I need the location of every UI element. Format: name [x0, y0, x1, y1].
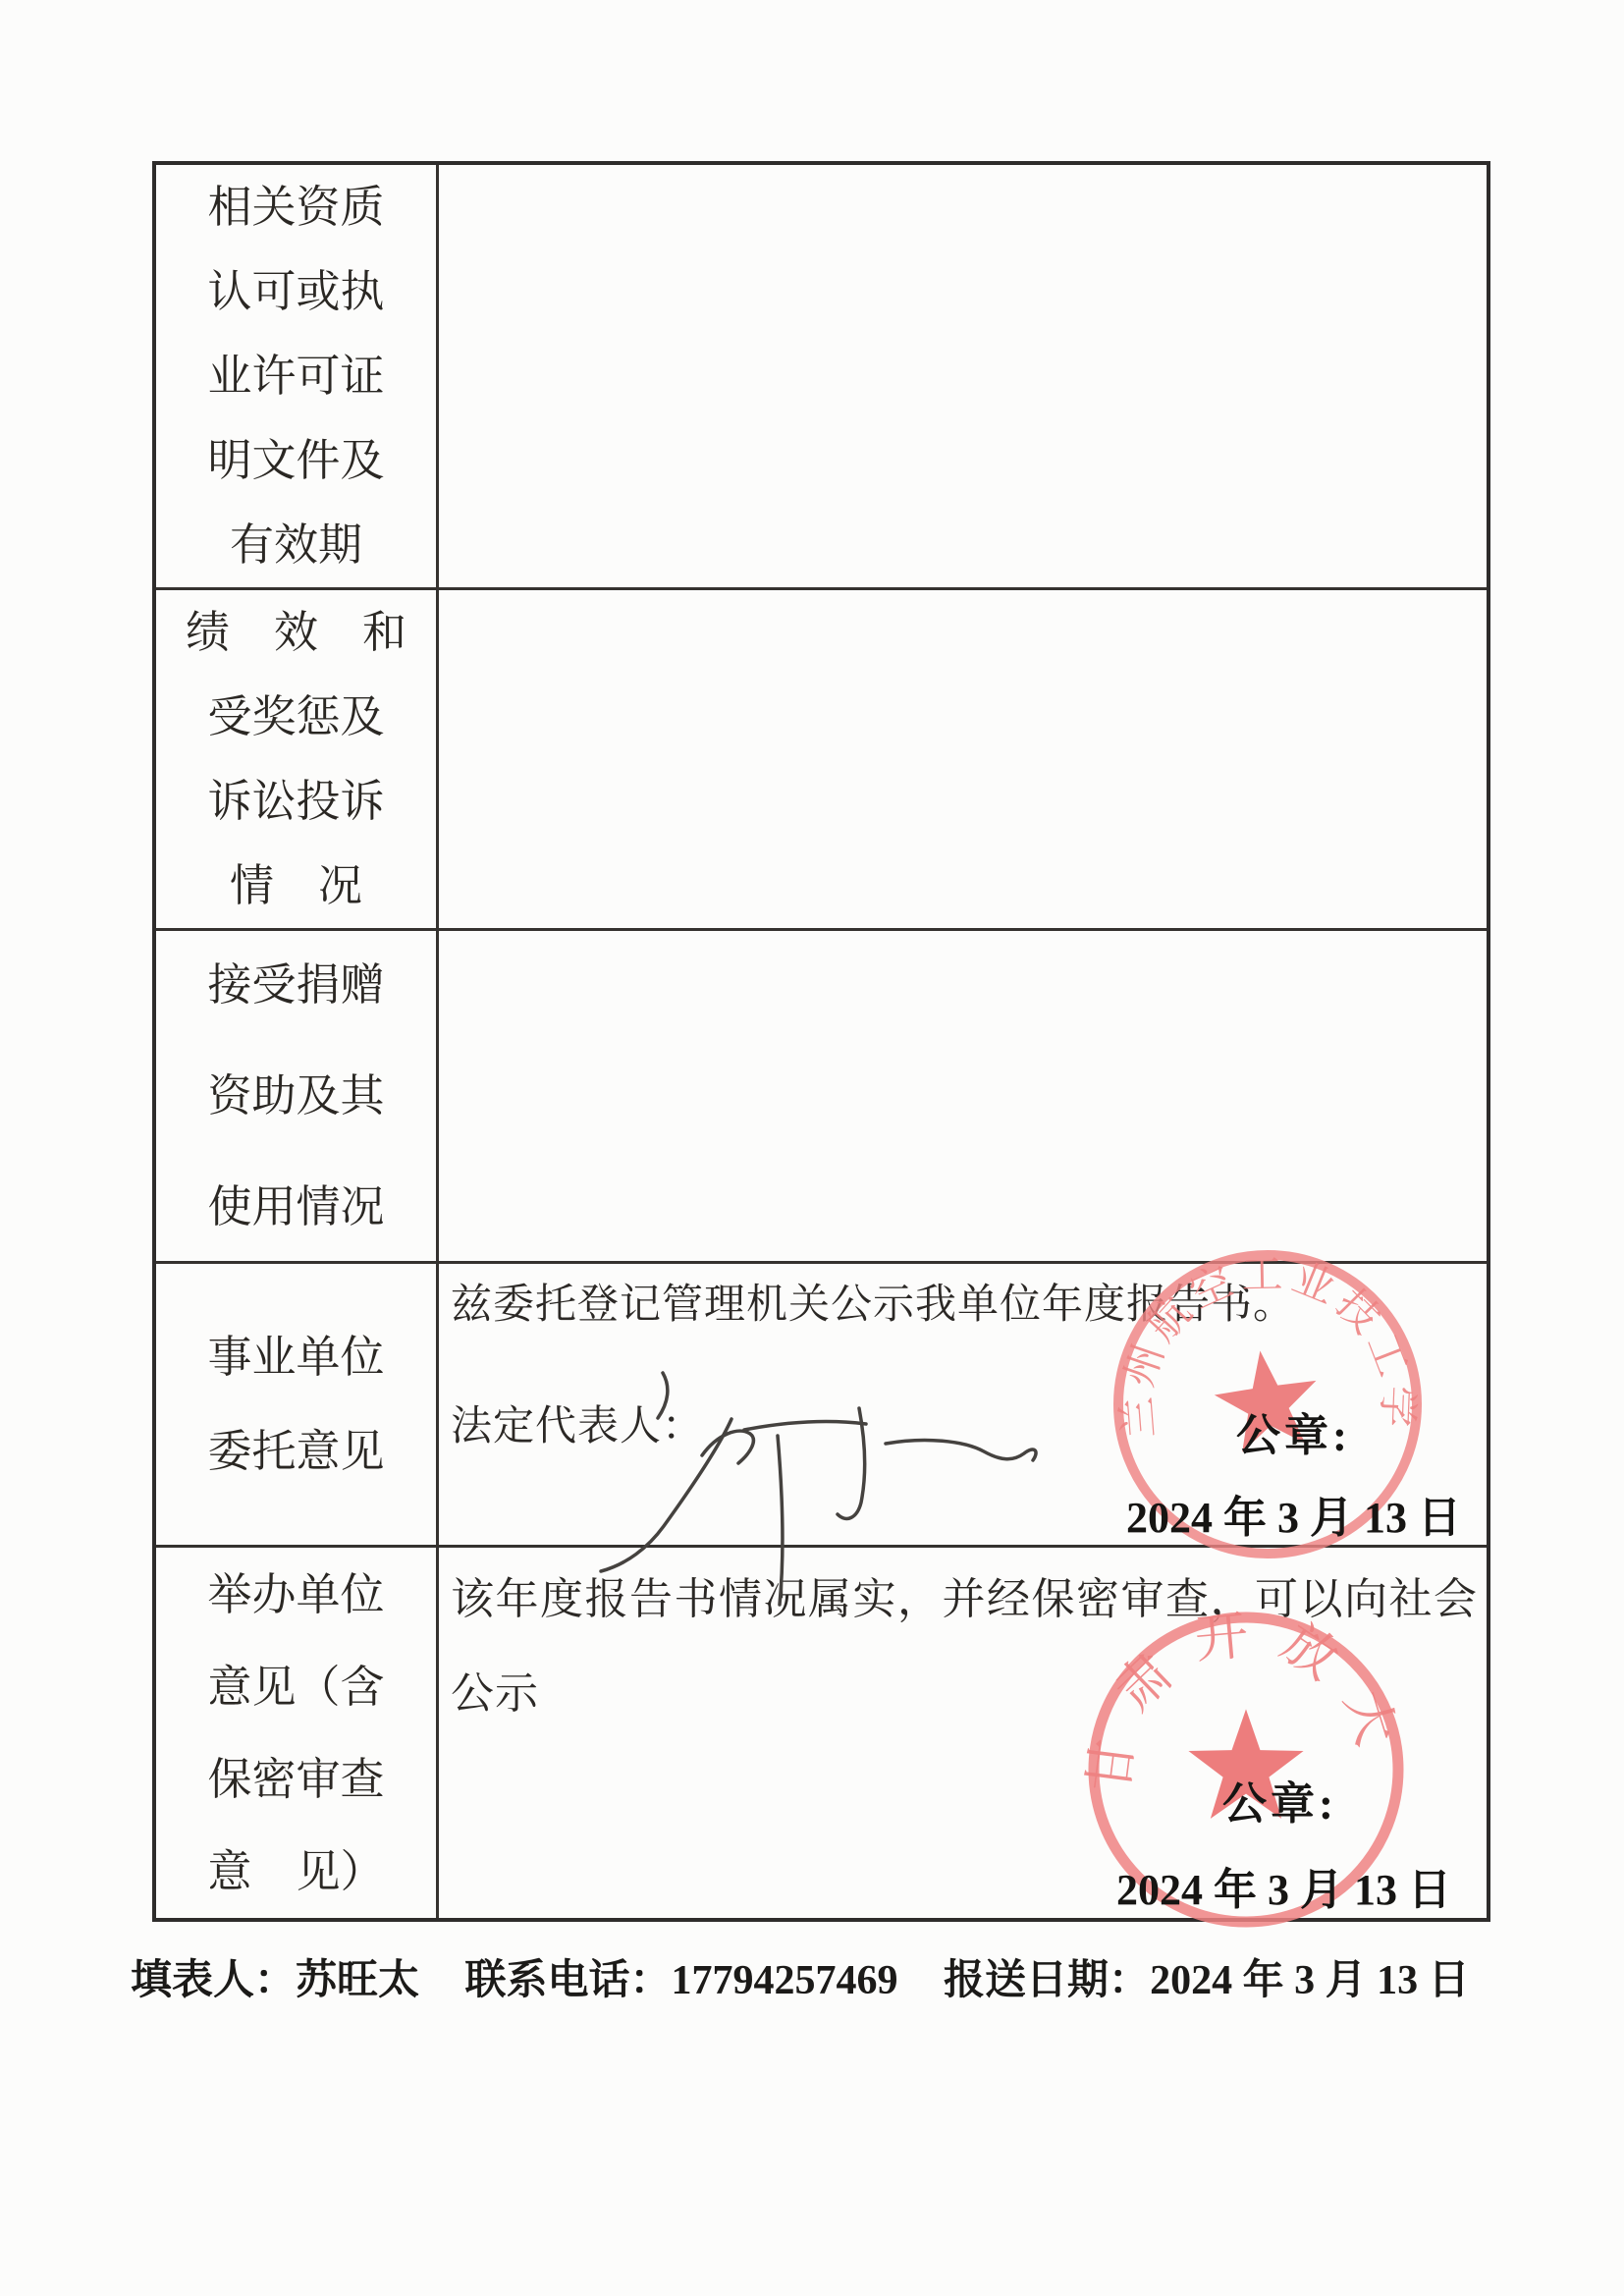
submit-date-value: 2024 年 3 月 13 日	[1150, 1958, 1470, 2003]
label-line: 相关资质	[207, 165, 384, 249]
row-label-qualifications: 相关资质 认可或执 业许可证 明文件及 有效期	[156, 165, 439, 587]
form-filler-label: 填表人：	[131, 1958, 296, 2003]
row-content-donations	[439, 931, 1487, 1261]
row-label-donations: 接受捐赠 资助及其 使用情况	[156, 931, 439, 1261]
label-line: 意见（含	[207, 1641, 384, 1733]
table-row-qualifications: 相关资质 认可或执 业许可证 明文件及 有效期	[156, 165, 1487, 590]
label-line: 事业单位	[207, 1310, 384, 1404]
label-line: 资助及其	[207, 1041, 384, 1152]
label-line: 保密审查	[207, 1733, 384, 1826]
contact-phone: 联系电话：17794257469	[465, 1958, 898, 2003]
label-line: 业许可证	[207, 334, 384, 418]
label-line: 诉讼投诉	[207, 759, 384, 844]
organizer-statement-line2: 公示	[451, 1658, 539, 1721]
label-line: 使用情况	[207, 1152, 384, 1263]
row-label-entrust-opinion: 事业单位 委托意见	[156, 1264, 439, 1545]
label-line: 受奖惩及	[207, 675, 384, 759]
label-line: 认可或执	[207, 249, 384, 334]
table-row-donations: 接受捐赠 资助及其 使用情况	[156, 931, 1487, 1264]
seal-label: 公章:	[1236, 1399, 1351, 1463]
contact-phone-label: 联系电话：	[465, 1958, 672, 2003]
seal-label: 公章:	[1222, 1768, 1337, 1831]
row-content-performance	[439, 590, 1487, 928]
row-content-qualifications	[439, 165, 1487, 587]
label-line: 绩 效 和	[186, 590, 406, 675]
form-filler-name: 苏旺太	[296, 1958, 419, 2003]
label-line: 接受捐赠	[207, 930, 384, 1041]
row-label-performance: 绩 效 和 受奖惩及 诉讼投诉 情 况	[156, 590, 439, 928]
label-line: 情 况	[230, 844, 362, 928]
label-line: 意 见）	[207, 1826, 384, 1918]
contact-phone-number: 17794257469	[672, 1958, 898, 2003]
scanned-report-page: 相关资质 认可或执 业许可证 明文件及 有效期 绩 效 和 受奖惩及 诉讼投诉 …	[0, 0, 1624, 2296]
form-filler: 填表人：苏旺太	[131, 1958, 419, 2003]
row-label-organizer-opinion: 举办单位 意见（含 保密审查 意 见）	[156, 1548, 439, 1918]
legal-rep-signature	[569, 1336, 1041, 1620]
label-line: 委托意见	[207, 1404, 384, 1499]
seal-date: 2024 年 3 月 13 日	[1116, 1854, 1451, 1917]
submit-date: 报送日期：2024 年 3 月 13 日	[944, 1958, 1470, 2003]
label-line: 举办单位	[207, 1549, 384, 1641]
label-line: 有效期	[230, 503, 362, 587]
footer-note: 填表人：苏旺太 联系电话：17794257469 报送日期：2024 年 3 月…	[131, 1947, 1470, 2006]
submit-date-label: 报送日期：	[944, 1958, 1150, 2003]
annual-report-table: 相关资质 认可或执 业许可证 明文件及 有效期 绩 效 和 受奖惩及 诉讼投诉 …	[152, 161, 1490, 1922]
label-line: 明文件及	[207, 418, 384, 503]
seal-date: 2024 年 3 月 13 日	[1126, 1482, 1461, 1545]
table-row-performance: 绩 效 和 受奖惩及 诉讼投诉 情 况	[156, 590, 1487, 931]
